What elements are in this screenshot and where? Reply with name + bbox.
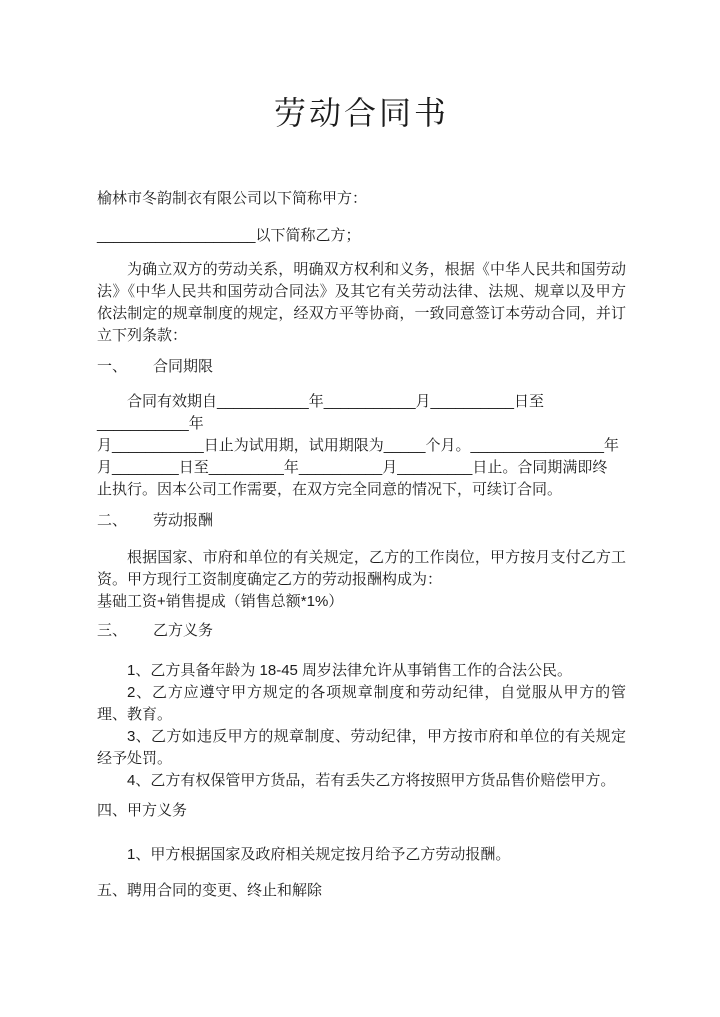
term-line-3: 月________日至_________年__________月________… [97,457,626,479]
party-a-line: 榆林市冬韵制衣有限公司以下简称甲方： [97,188,626,210]
party-b-line: ___________________以下简称乙方； [97,225,626,247]
section-3-title: 乙方义务 [153,622,213,639]
section-3-item-1: 1、乙方具备年龄为 18-45 周岁法律允许从事销售工作的合法公民。 [97,660,626,682]
term-line-1: 合同有效期自___________年___________月__________… [97,391,626,435]
section-3-item-2: 2、乙方应遵守甲方规定的各项规章制度和劳动纪律，自觉服从甲方的管理、教育。 [97,682,626,726]
section-5-heading: 五、聘用合同的变更、终止和解除 [97,880,626,902]
section-4-item-1: 1、甲方根据国家及政府相关规定按月给予乙方劳动报酬。 [97,844,626,866]
section-3-item-3: 3、乙方如违反甲方的规章制度、劳动纪律，甲方按市府和单位的有关规定经予处罚。 [97,726,626,770]
section-2-number: 二、 [97,512,127,529]
section-2-heading: 二、劳动报酬 [97,510,626,532]
section-4-heading: 四、甲方义务 [97,800,626,822]
section-1-title: 合同期限 [153,358,213,375]
section-4-number: 四、 [97,802,127,819]
section-3-number: 三、 [97,622,127,639]
document-title: 劳动合同书 [97,90,626,136]
section-4-title: 甲方义务 [127,802,187,819]
section-3-item-4: 4、乙方有权保管甲方货品，若有丢失乙方将按照甲方货品售价赔偿甲方。 [97,770,626,792]
section-2-body: 根据国家、市府和单位的有关规定，乙方的工作岗位，甲方按月支付乙方工资。甲方现行工… [97,547,626,591]
contract-document-page: 劳动合同书 榆林市冬韵制衣有限公司以下简称甲方： _______________… [0,0,720,1017]
term-line-2: 月___________日止为试用期，试用期限为_____个月。________… [97,435,626,457]
wage-formula-line: 基础工资+销售提成（销售总额*1%） [97,591,626,613]
term-line-4: 止执行。因本公司工作需要，在双方完全同意的情况下，可续订合同。 [97,479,626,501]
section-2-title: 劳动报酬 [153,512,213,529]
section-5-number: 五、 [97,882,127,899]
section-5-title: 聘用合同的变更、终止和解除 [127,882,322,899]
section-3-heading: 三、乙方义务 [97,620,626,642]
contract-term-paragraph: 合同有效期自___________年___________月__________… [97,391,626,501]
section-1-heading: 一、合同期限 [97,356,626,378]
section-1-number: 一、 [97,358,127,375]
section-3-items: 1、乙方具备年龄为 18-45 周岁法律允许从事销售工作的合法公民。 2、乙方应… [97,660,626,792]
preamble-paragraph: 为确立双方的劳动关系，明确双方权利和义务，根据《中华人民共和国劳动法》《中华人民… [97,259,626,347]
party-b-blank-underline: ___________________ [97,227,256,244]
party-b-label: 以下简称乙方； [256,227,361,244]
